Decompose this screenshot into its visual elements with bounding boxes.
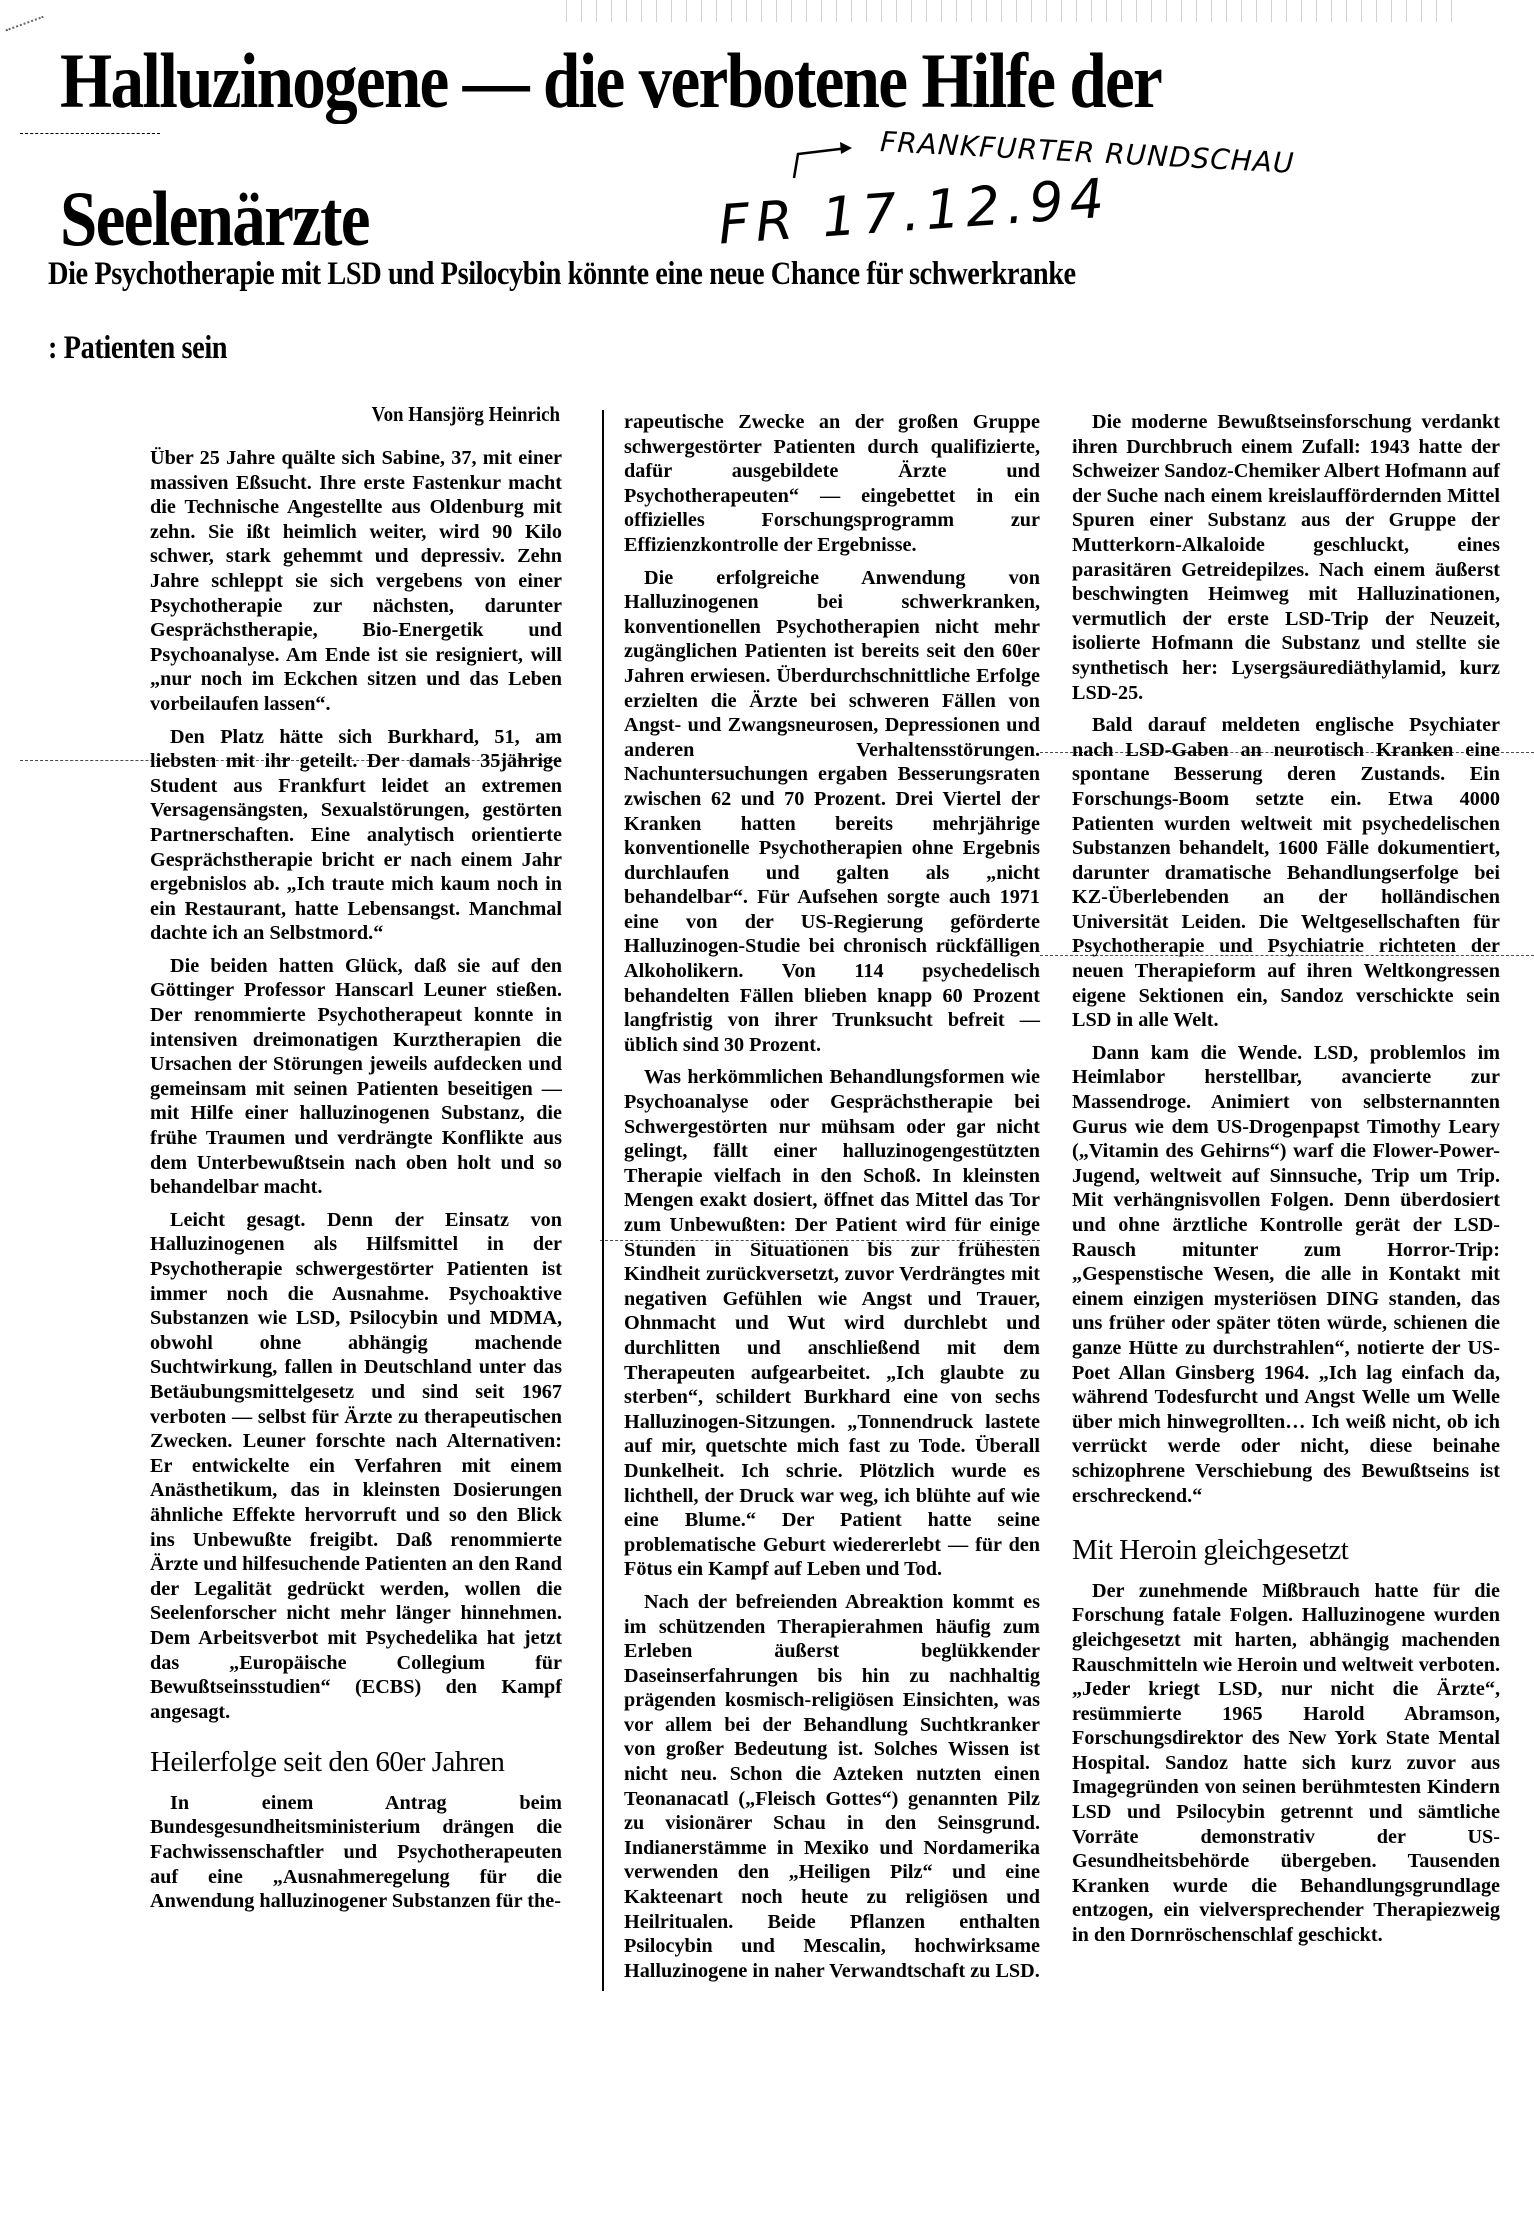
paragraph: Bald darauf meldeten englische Psychiate… (1072, 713, 1500, 1033)
subheadline-line-1: Die Psychotherapie mit LSD und Psilocybi… (48, 256, 1076, 293)
section-heading: Heilerfolge seit den 60er Jahren (150, 1750, 562, 1775)
handwritten-date-mark: FR 17.12.94 (716, 166, 1112, 256)
article-column-2: rapeutische Zwecke an der großen Gruppe … (602, 410, 1040, 1991)
paragraph: Nach der befreienden Abreaktion kommt es… (624, 1590, 1040, 1984)
scan-fold-line (1040, 752, 1534, 753)
scan-fold-line (1040, 955, 1534, 956)
paragraph: Der zunehmende Mißbrauch hatte für die F… (1072, 1579, 1500, 1948)
paragraph: Dann kam die Wende. LSD, problemlos im H… (1072, 1041, 1500, 1508)
paragraph: Was herkömmlichen Behandlungsformen wie … (624, 1065, 1040, 1581)
section-heading: Mit Heroin gleichgesetzt (1072, 1538, 1500, 1563)
paragraph: Die beiden hatten Glück, daß sie auf den… (150, 954, 562, 1200)
article-column-3: Die moderne Bewußtseinsforschung verdank… (1072, 410, 1500, 1956)
paragraph: Leicht gesagt. Denn der Einsatz von Hall… (150, 1208, 562, 1724)
paragraph: In einem Antrag beim Bundesgesundheitsmi… (150, 1791, 562, 1914)
scan-corner-mark (5, 16, 50, 50)
paragraph: Die erfolgreiche Anwendung von Halluzino… (624, 566, 1040, 1058)
handwritten-arrow-icon (790, 140, 860, 180)
article-column-1: Über 25 Jahre quälte sich Sabine, 37, mi… (150, 446, 562, 1922)
scan-fold-line (600, 1240, 1040, 1241)
paragraph: Die moderne Bewußtseinsforschung verdank… (1072, 410, 1500, 705)
subheadline-line-2: : Patienten sein (48, 330, 227, 367)
scan-noise-top (560, 0, 1460, 22)
paragraph: rapeutische Zwecke an der großen Gruppe … (624, 410, 1040, 558)
byline: Von Hansjörg Heinrich (317, 402, 560, 427)
headline-line-2: Seelenärzte (60, 180, 369, 258)
scan-fold-line (20, 760, 560, 761)
headline-line-1: Halluzinogene — die verbotene Hilfe der (60, 42, 1161, 120)
paragraph: Den Platz hätte sich Burkhard, 51, am li… (150, 725, 562, 946)
headline-rule (20, 133, 160, 134)
paragraph: Über 25 Jahre quälte sich Sabine, 37, mi… (150, 446, 562, 717)
